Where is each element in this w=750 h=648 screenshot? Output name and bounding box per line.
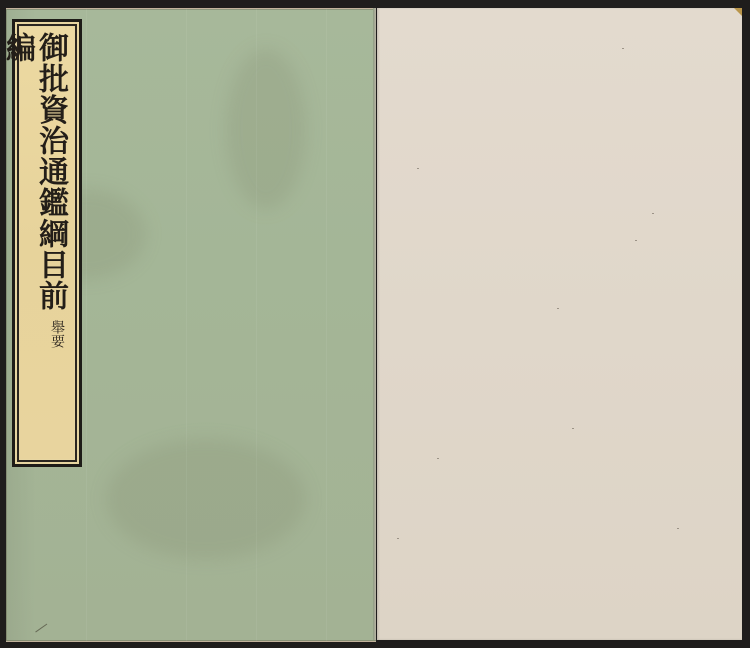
book-cover: 御批資治通鑑綱目前編 舉要 <box>6 8 376 642</box>
paper-speck <box>652 213 654 214</box>
paper-speck <box>677 528 679 529</box>
book-title: 御批資治通鑑綱目前編 <box>31 32 67 322</box>
title-label: 御批資治通鑑綱目前編 舉要 <box>12 19 82 467</box>
cover-stain <box>106 439 306 559</box>
cover-fiber <box>326 9 327 641</box>
cover-mark <box>35 624 50 638</box>
book-subtitle: 舉要 <box>49 320 64 348</box>
book-spread: 御批資治通鑑綱目前編 舉要 <box>0 0 750 648</box>
spine <box>373 8 376 640</box>
paper-speck <box>397 538 399 539</box>
paper-speck <box>557 308 559 309</box>
corner-fold <box>734 8 742 16</box>
paper-speck <box>635 240 637 241</box>
paper-speck <box>572 428 574 429</box>
blank-page <box>377 8 742 640</box>
title-label-inner: 御批資治通鑑綱目前編 舉要 <box>15 22 79 464</box>
paper-speck <box>437 458 439 459</box>
cover-fiber <box>186 9 187 641</box>
paper-speck <box>622 48 624 49</box>
paper-speck <box>417 168 419 169</box>
cover-fiber <box>86 9 87 641</box>
cover-fiber <box>256 9 257 641</box>
cover-stain <box>226 49 306 209</box>
